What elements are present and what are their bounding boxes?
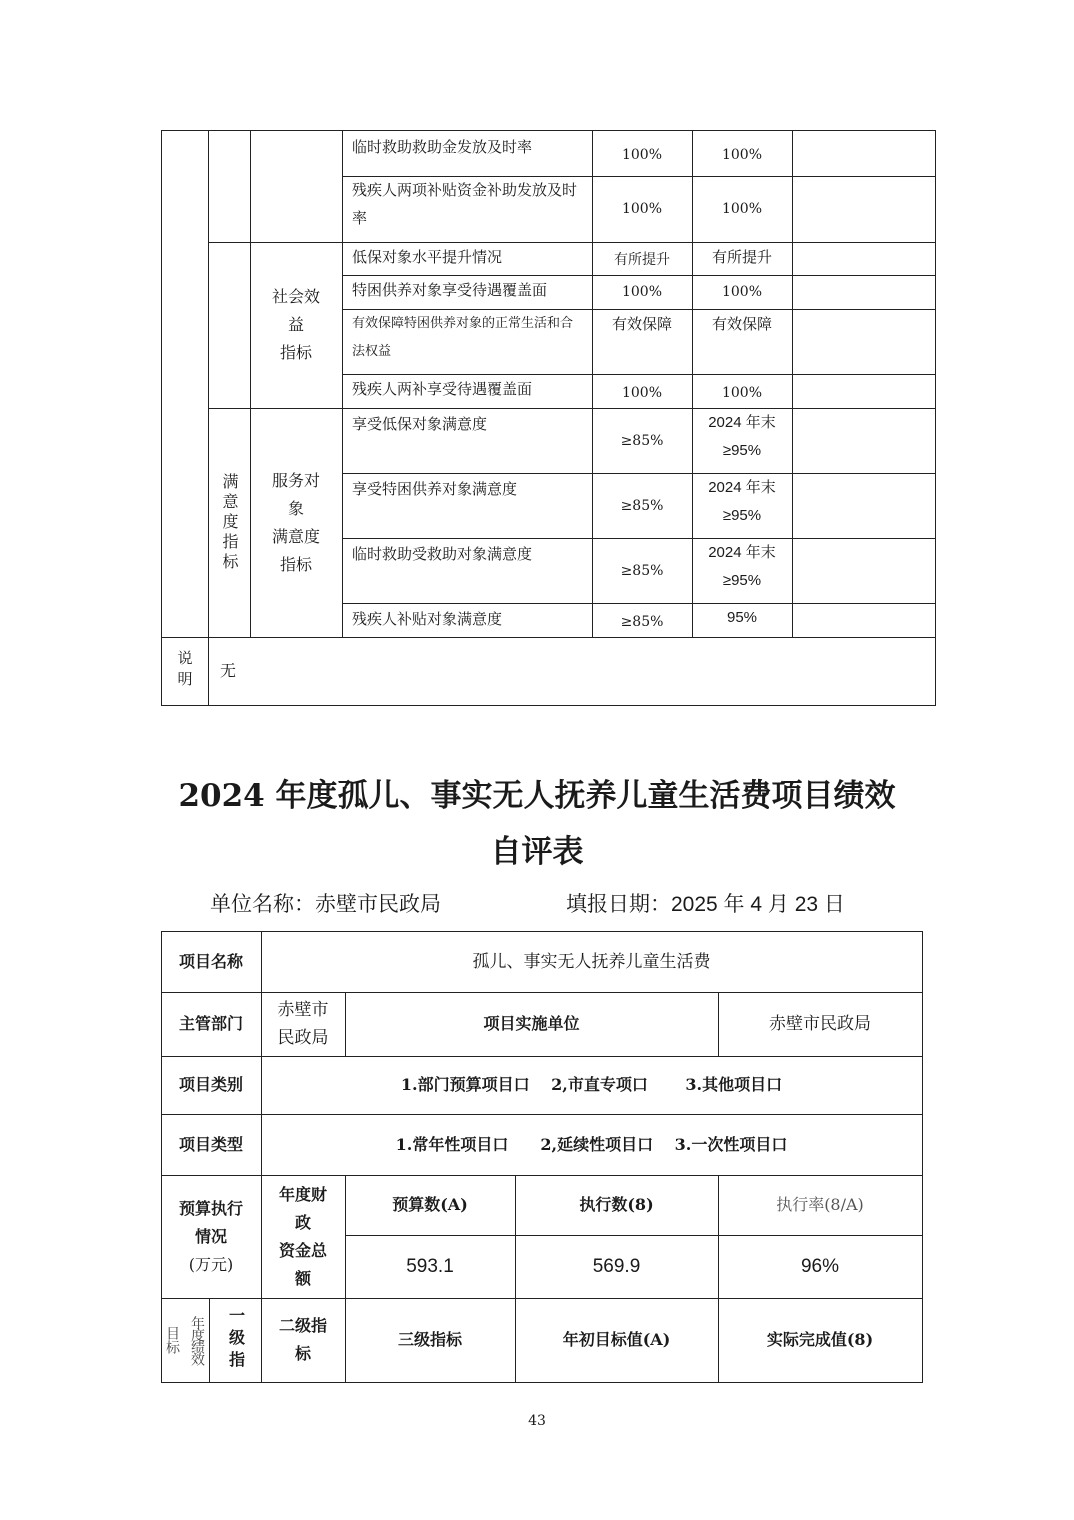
actual-cell: 有所提升: [692, 242, 792, 271]
actual-cell: 100%: [692, 275, 792, 309]
remark-label: 说明: [161, 637, 208, 705]
indicator-cell: 享受低保对象满意度: [352, 410, 588, 438]
label-line: 标: [295, 1340, 311, 1368]
target-cell: 100%: [592, 130, 692, 176]
initial-target-label: 年初目标值(A): [515, 1298, 718, 1382]
label-line: 预算执行: [179, 1195, 243, 1223]
remark-value: 无: [220, 637, 236, 705]
indicator-cell: 残疾人两项补贴资金补助发放及时率: [352, 176, 588, 232]
actual-cell: 有效保障: [692, 310, 792, 338]
label-line: 象: [288, 495, 304, 523]
target-cell: 100%: [592, 176, 692, 242]
label-line: 资金总: [279, 1237, 327, 1265]
label-line: 服务对: [272, 467, 320, 495]
target-cell: 100%: [592, 378, 692, 408]
dept-line: 民政局: [278, 1024, 329, 1052]
target-cell: 有效保障: [592, 310, 692, 338]
budget-label: 预算执行 情况 (万元): [161, 1175, 261, 1298]
dept-line: 赤壁市: [278, 996, 329, 1024]
label-line: 指标: [280, 551, 312, 579]
page-title: 2024 年度孤儿、事实无人抚养儿童生活费项目绩效: [0, 770, 1074, 815]
budget-col-header: 预算数(A): [345, 1175, 515, 1235]
level3-label: 三级指标: [345, 1298, 515, 1382]
actual-cell: 2024 年末 ≥95%: [692, 539, 792, 595]
actual-line: ≥95%: [723, 437, 761, 465]
label-line: 益: [288, 311, 304, 339]
report-date: 填报日期：2025 年 4 月 23 日: [566, 888, 845, 918]
label-line: 年度财: [279, 1181, 327, 1209]
rate-col-header: 执行率(8/A): [718, 1175, 922, 1235]
label-line: 满意度: [272, 523, 320, 551]
actual-line: 2024 年末: [708, 539, 776, 567]
actual-line: ≥95%: [723, 502, 761, 530]
target-cell: ≥85%: [592, 408, 692, 473]
category-label: 项目类别: [161, 1056, 261, 1114]
label-line: 额: [295, 1265, 311, 1293]
level1-label: 一级指: [210, 1298, 261, 1382]
label-line: 政: [295, 1209, 311, 1237]
goal-label: 目标: [162, 1310, 182, 1370]
project-name-value: 孤儿、事实无人抚养儿童生活费: [261, 931, 922, 992]
label-line: 指标: [280, 339, 312, 367]
budget-value: 593.1: [345, 1235, 515, 1298]
indicator-cell: 低保对象水平提升情况: [352, 243, 588, 271]
satisfaction-level2-label: 服务对 象 满意度 指标: [250, 408, 342, 637]
indicator-cell: 享受特困供养对象满意度: [352, 475, 588, 503]
fund-total-label: 年度财 政 资金总 额: [261, 1175, 345, 1298]
indicator-cell: 残疾人两补享受待遇覆盖面: [352, 375, 588, 403]
social-benefit-label: 社会效 益 指标: [250, 242, 342, 408]
unit-name: 单位名称：赤壁市民政局: [210, 888, 441, 918]
label-line: 社会效: [272, 283, 320, 311]
type-label: 项目类型: [161, 1114, 261, 1175]
actual-cell: 100%: [692, 378, 792, 408]
exec-col-header: 执行数(8): [515, 1175, 718, 1235]
label-line: 情况: [195, 1223, 227, 1251]
target-cell: 有所提升: [592, 242, 692, 275]
target-cell: 100%: [592, 275, 692, 309]
exec-value: 569.9: [515, 1235, 718, 1298]
label-line: (万元): [189, 1251, 234, 1279]
type-options: 1.常年性项目口 2,延续性项目口 3.一次性项目口: [261, 1114, 922, 1175]
page-number: 43: [0, 1413, 1074, 1429]
target-cell: ≥85%: [592, 473, 692, 538]
dept-value: 赤壁市 民政局: [261, 992, 345, 1056]
target-cell: ≥85%: [592, 538, 692, 603]
category-options: 1.部门预算项目口 2,市直专项口 3.其他项目口: [261, 1056, 922, 1114]
rate-value: 96%: [718, 1235, 922, 1298]
indicator-cell: 临时救助受救助对象满意度: [352, 540, 588, 568]
dept-label: 主管部门: [161, 992, 261, 1056]
actual-cell: 2024 年末 ≥95%: [692, 409, 792, 465]
actual-line: 2024 年末: [708, 409, 776, 437]
actual-cell: 100%: [692, 130, 792, 176]
indicator-cell: 有效保障特困供养对象的正常生活和合法权益: [352, 310, 582, 366]
indicator-cell: 临时救助救助金发放及时率: [352, 133, 588, 161]
actual-line: 2024 年末: [708, 474, 776, 502]
impl-unit-value: 赤壁市民政局: [718, 992, 922, 1056]
satisfaction-level1-label: 满意度指标: [208, 408, 250, 637]
target-cell: ≥85%: [592, 606, 692, 637]
actual-line: ≥95%: [723, 567, 761, 595]
level2-label: 二级指 标: [261, 1298, 345, 1382]
project-name-label: 项目名称: [161, 931, 261, 992]
actual-cell: 2024 年末 ≥95%: [692, 474, 792, 530]
annual-perf-label: 年度绩效: [186, 1300, 208, 1380]
actual-cell: 100%: [692, 176, 792, 242]
actual-value-label: 实际完成值(8): [718, 1298, 922, 1382]
page-title-line2: 自评表: [0, 826, 1074, 871]
impl-unit-label: 项目实施单位: [345, 992, 718, 1056]
indicator-cell: 残疾人补贴对象满意度: [352, 605, 588, 633]
indicator-cell: 特困供养对象享受待遇覆盖面: [352, 276, 588, 304]
label-line: 二级指: [279, 1312, 327, 1340]
actual-cell: 95%: [692, 603, 792, 633]
